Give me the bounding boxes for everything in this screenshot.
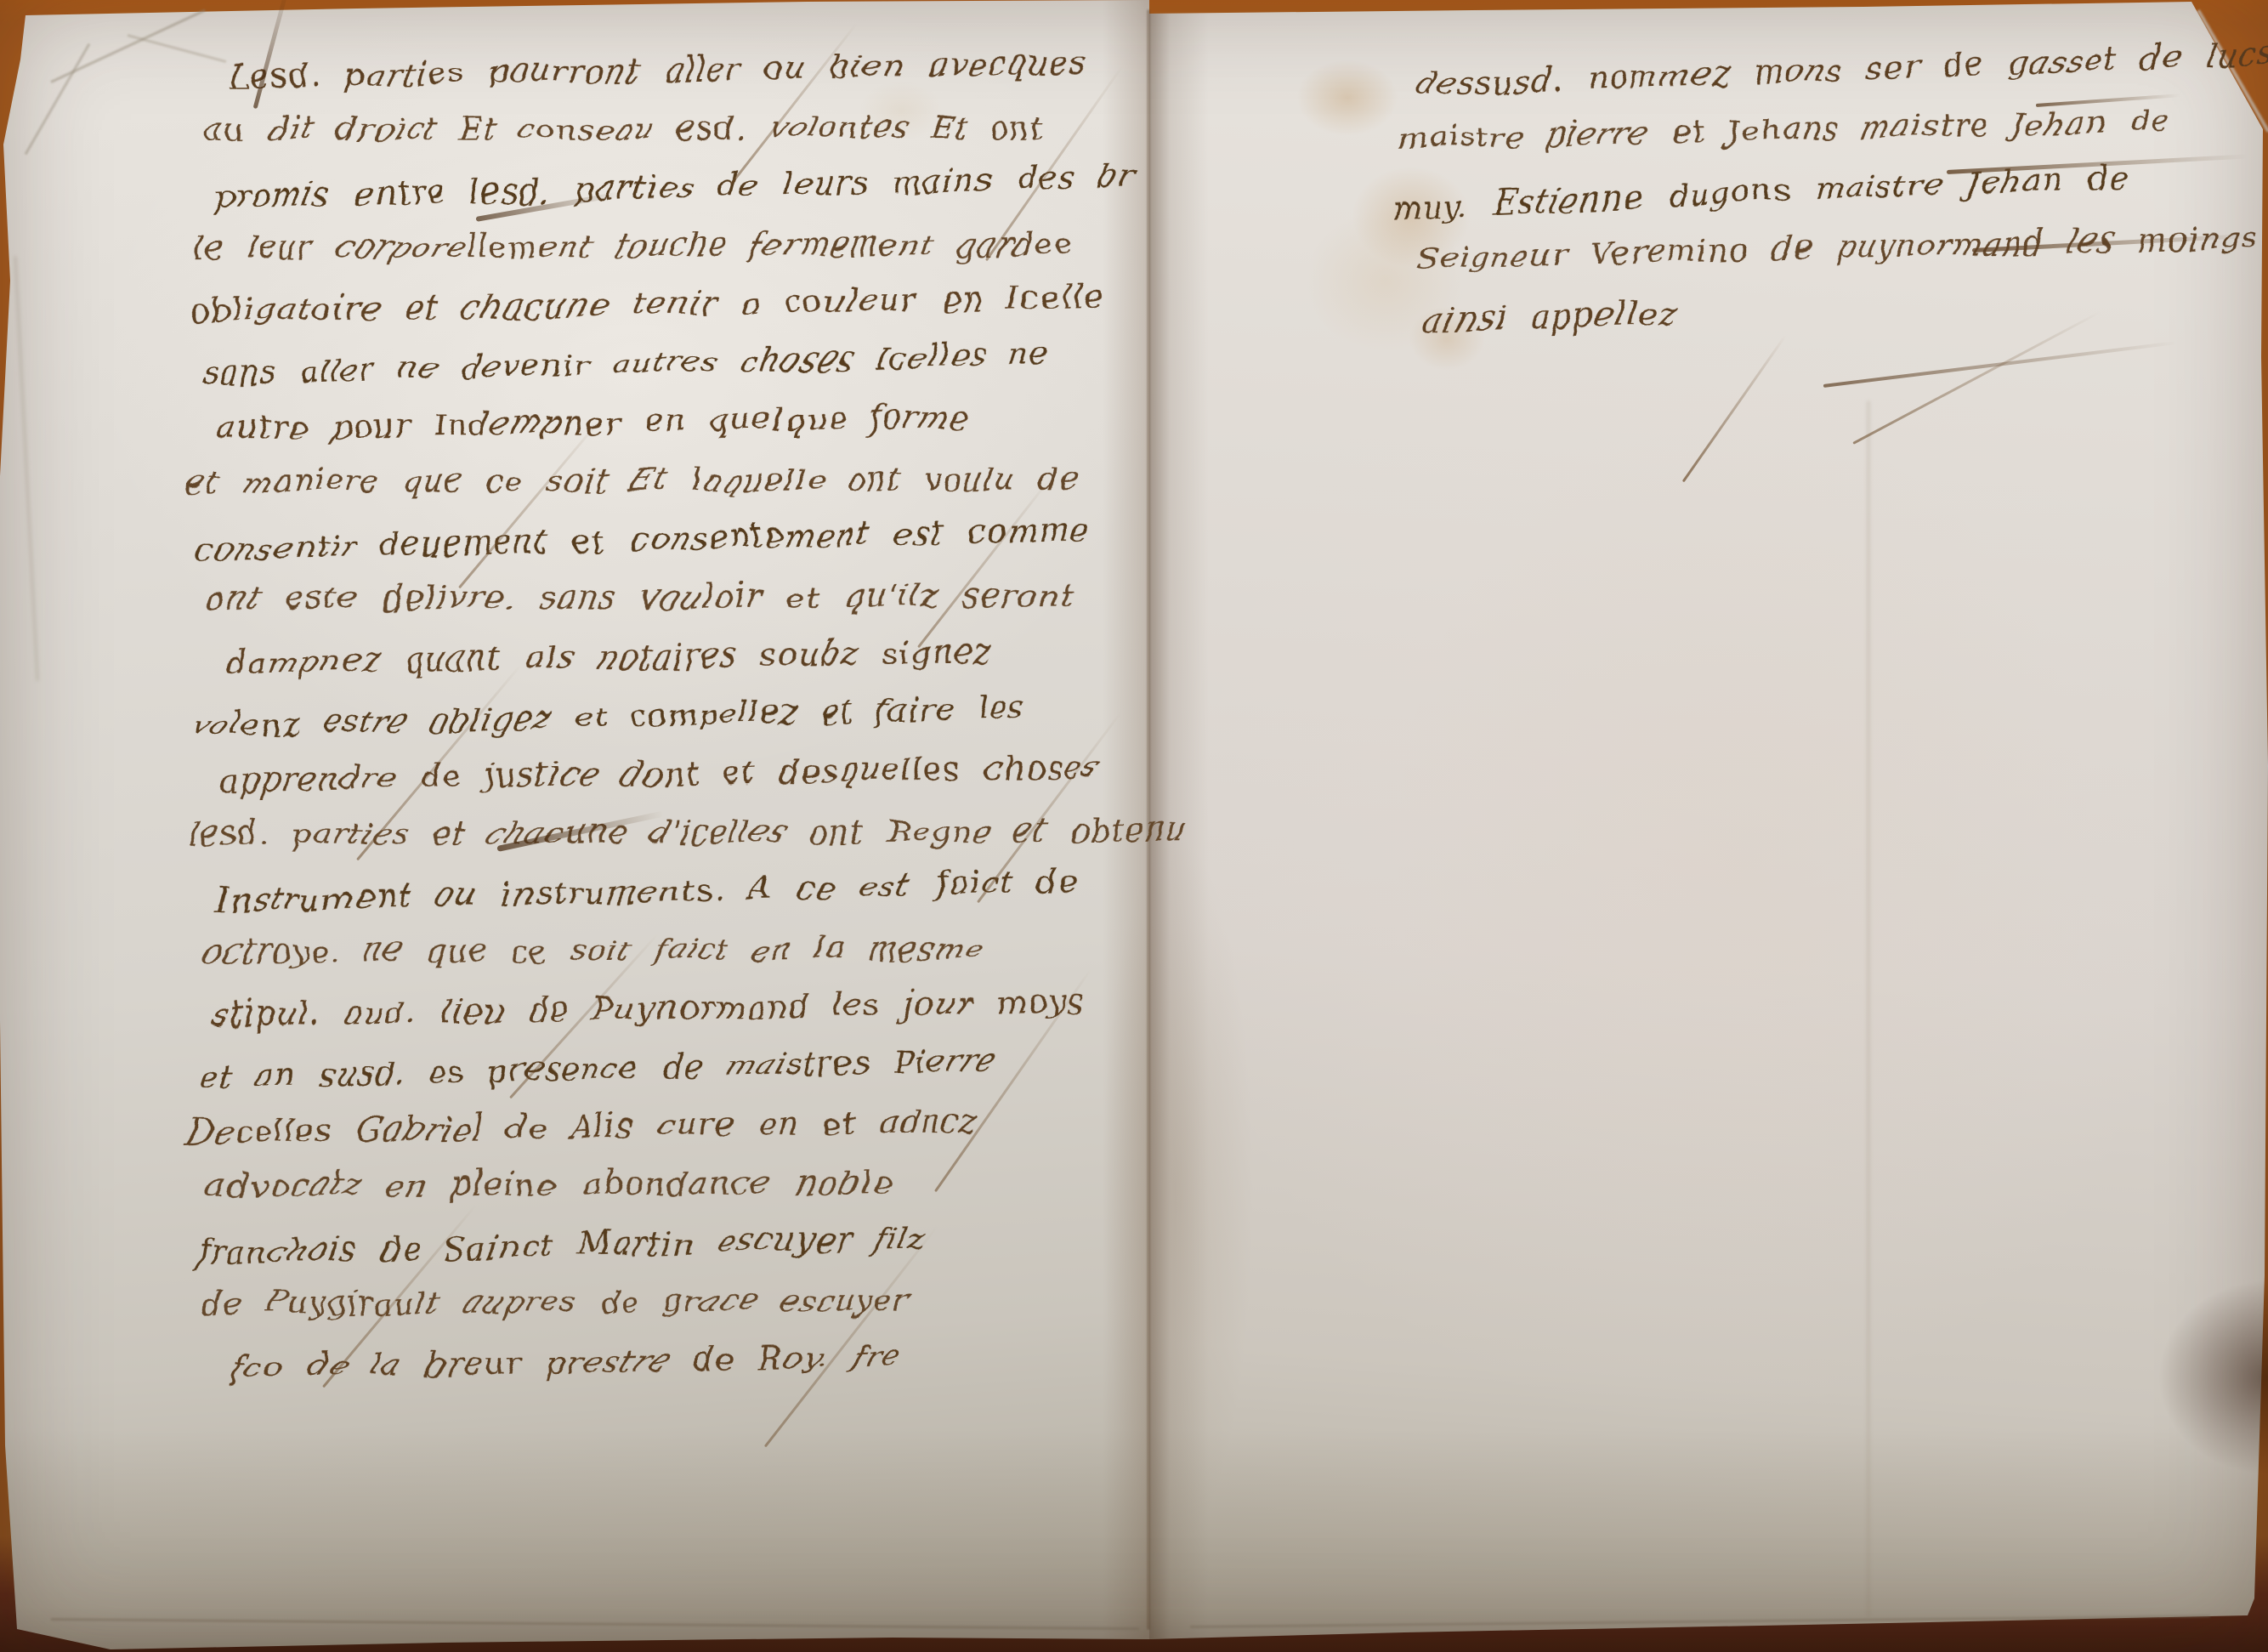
handwritten-line: de Puygirault aupres de grace escuyer xyxy=(199,1270,1178,1332)
handwritten-line: fco de la breur prestre de Roy. fre xyxy=(230,1323,1179,1396)
handwritten-line: le leur corporellement touche fermement … xyxy=(190,214,1169,276)
handwritten-line: ont este delivre. sans vouloir et qu'ilz… xyxy=(201,566,1172,628)
manuscript-photo: Lesd. parties pourront aller ou bien ave… xyxy=(0,0,2268,1652)
paper-crease xyxy=(1868,401,1870,1617)
handwritten-line: Lesd. parties pourront aller ou bien ave… xyxy=(227,32,1168,105)
left-page-text: Lesd. parties pourront aller ou bien ave… xyxy=(213,36,1177,1394)
handwritten-line: octroye. ne que ce soit faict en la mesm… xyxy=(201,918,1176,980)
right-page-text: dessusd. nommez mons ser de gasset de lu… xyxy=(1394,27,2268,350)
